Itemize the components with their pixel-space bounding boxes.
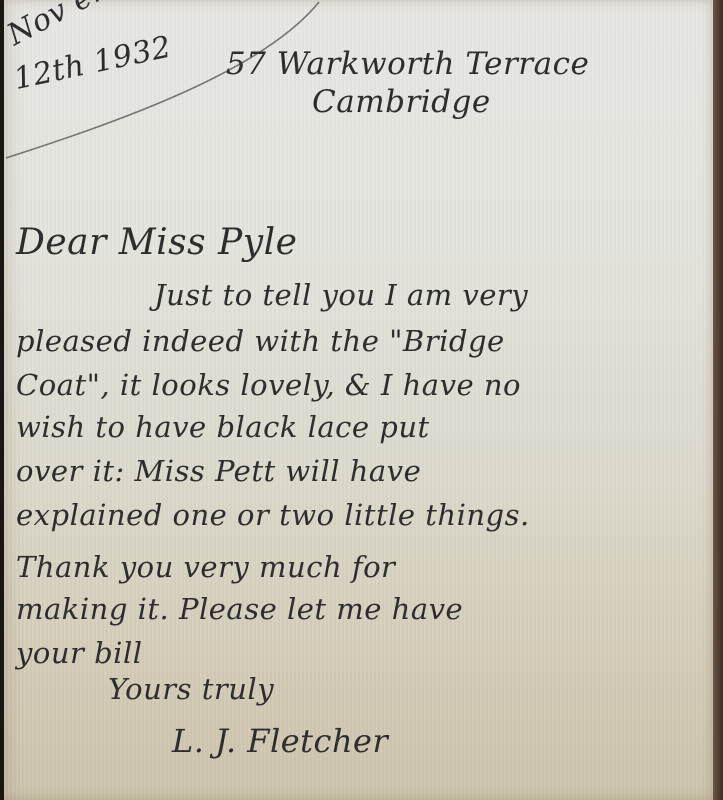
photo-edge-right [713, 0, 723, 800]
body-line-7: Thank you very much for [16, 550, 395, 584]
body-line-9: your bill [16, 636, 143, 670]
address-line-1: 57 Warkworth Terrace [226, 46, 589, 82]
body-line-5: over it: Miss Pett will have [16, 454, 421, 488]
address-line-2: Cambridge [312, 84, 491, 120]
body-line-2: pleased indeed with the "Bridge [16, 324, 505, 358]
salutation: Dear Miss Pyle [16, 222, 297, 263]
closing: Yours truly [108, 672, 274, 706]
signature: L. J. Fletcher [172, 722, 388, 760]
body-line-8: making it. Please let me have [16, 592, 463, 626]
body-line-1: Just to tell you I am very [154, 278, 528, 312]
body-line-4: wish to have black lace put [16, 410, 430, 444]
letter-paper: Nov er 12th 1932 57 Warkworth Terrace Ca… [4, 0, 713, 800]
body-line-6: explained one or two little things. [16, 498, 530, 532]
body-line-3: Coat", it looks lovely, & I have no [16, 368, 521, 402]
